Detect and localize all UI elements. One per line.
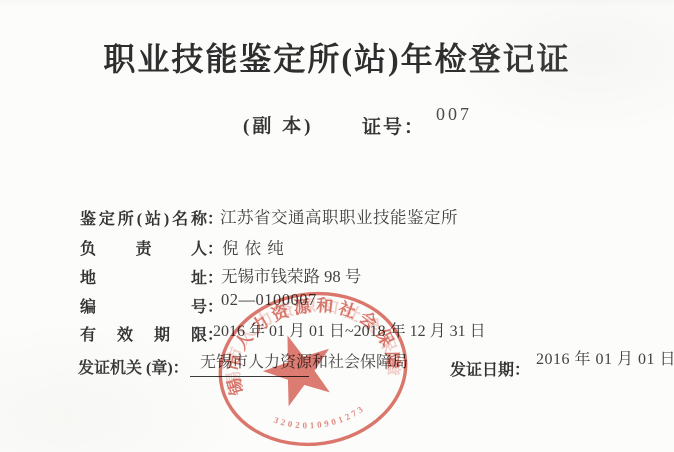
issue-date-value: 2016 年 01 月 01 日	[536, 346, 674, 369]
field-label-text: 有效期限	[80, 322, 207, 345]
field-colon: ：	[207, 236, 223, 259]
field-row-person: 负责人： 倪 依 纯	[0, 236, 674, 262]
issuer-label: 发证机关 (章)：	[78, 355, 189, 378]
copy-type-label: (副 本)	[243, 111, 313, 138]
field-label: 编号：	[80, 294, 223, 317]
field-label: 鉴定所(站)名称：	[80, 206, 223, 229]
field-label-text: 鉴定所(站)名称	[80, 206, 207, 229]
field-row-validity: 有效期限： 2016 年 01 月 01 日~2018 年 12 月 31 日	[0, 322, 674, 348]
issuer-value: 无锡市人力资源和社会保障局	[200, 349, 408, 372]
field-label-text: 编号	[80, 294, 207, 317]
field-row-serial: 编号： 02—0100007	[0, 294, 674, 320]
field-label: 有效期限：	[80, 322, 223, 345]
field-value-validity-period: 2016 年 01 月 01 日~2018 年 12 月 31 日	[213, 318, 486, 341]
certificate-title: 职业技能鉴定所(站)年检登记证	[0, 34, 674, 80]
field-value-institute-name: 江苏省交通高职职业技能鉴定所	[220, 204, 458, 228]
field-value-serial-number: 02—0100007	[221, 290, 317, 310]
field-label: 地址：	[80, 265, 223, 288]
field-label-text: 地址	[80, 265, 207, 288]
field-row-address: 地址： 无锡市钱荣路 98 号	[0, 265, 674, 291]
field-value-address: 无锡市钱荣路 98 号	[221, 263, 361, 287]
field-label-text: 负责人	[80, 236, 207, 259]
cert-no-value: 007	[436, 104, 472, 125]
field-value-person-in-charge: 倪 依 纯	[222, 235, 285, 259]
field-label: 负责人：	[80, 236, 223, 259]
cert-no-label: 证号：	[362, 112, 425, 139]
issue-date-label: 发证日期：	[450, 357, 530, 380]
field-row-name: 鉴定所(站)名称： 江苏省交通高职职业技能鉴定所	[0, 206, 674, 232]
certificate-page: 职业技能鉴定所(站)年检登记证 (副 本) 证号： 007 鉴定所(站)名称： …	[0, 0, 674, 452]
seal-number: 3202010901273	[271, 402, 369, 436]
